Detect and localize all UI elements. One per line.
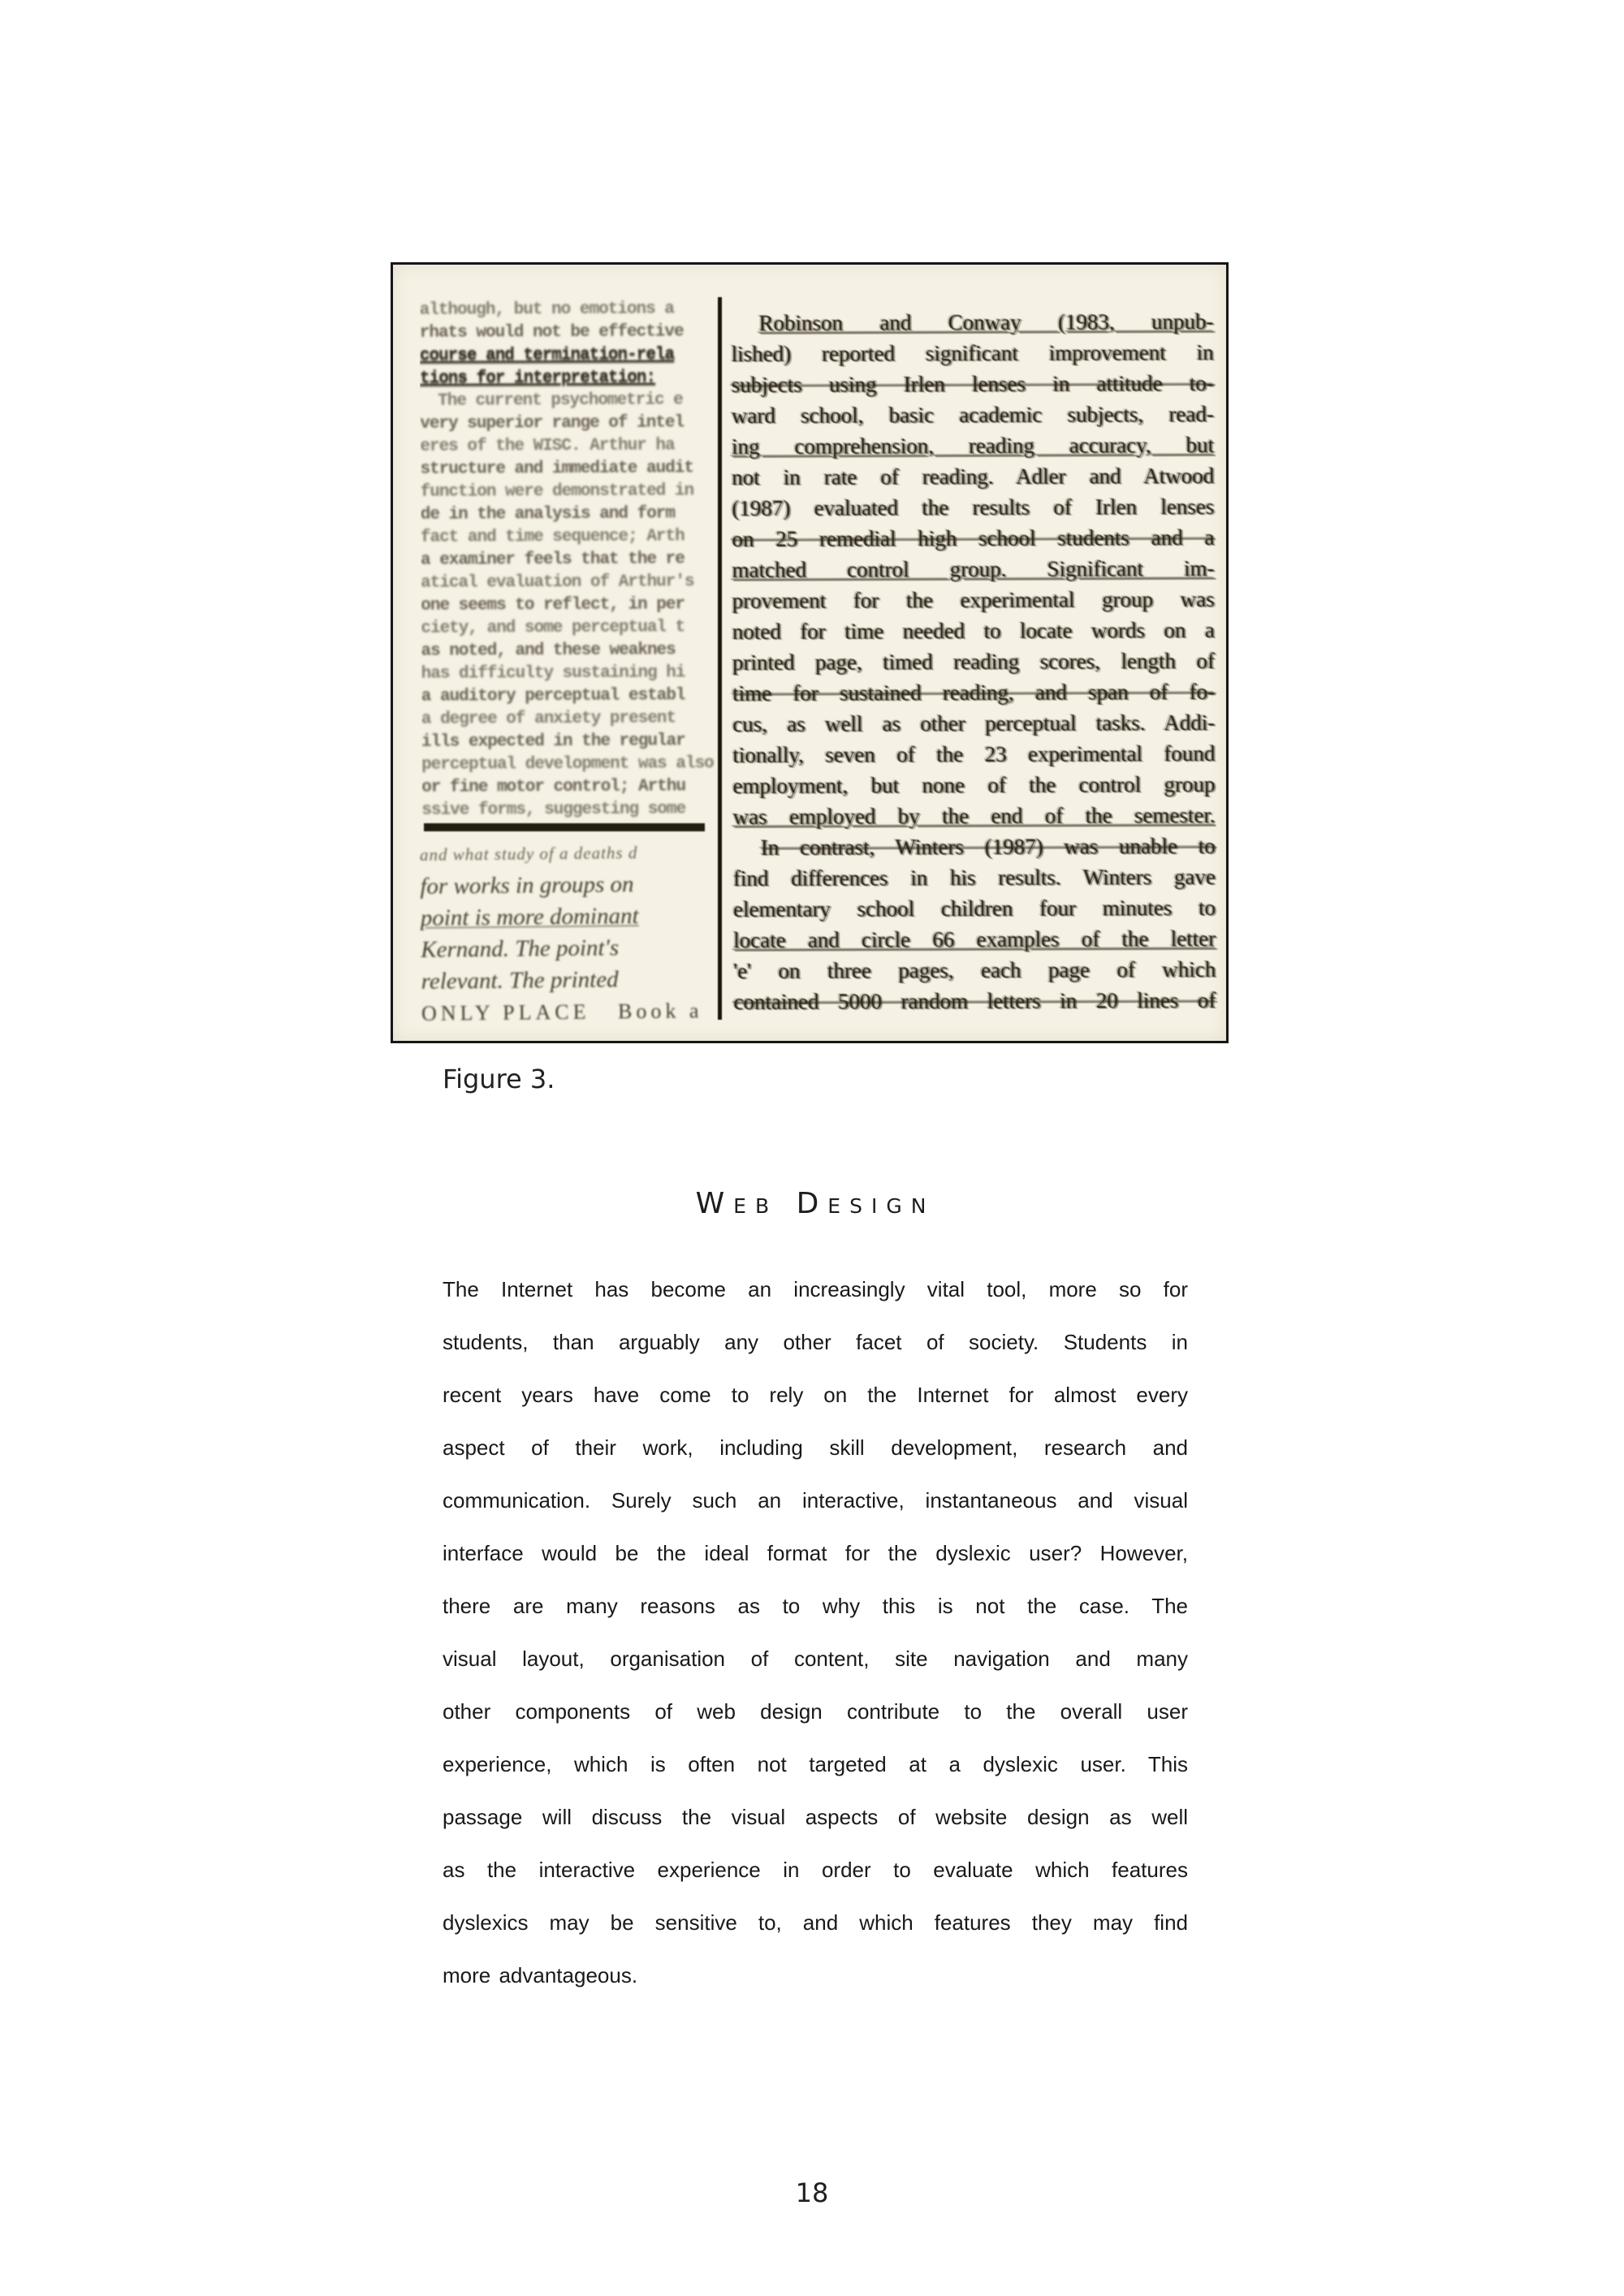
figure-scan-image: although, but no emotions arhats would n… [391, 262, 1229, 1043]
scan-line: was employed by the end of the semester. [733, 800, 1216, 832]
scan-line: tionally, seven of the 23 experimental f… [732, 738, 1215, 770]
paragraph-line: recent years have come to rely on the In… [443, 1369, 1188, 1422]
scan-line: cus, as well as other perceptual tasks. … [732, 707, 1215, 740]
scan-line: function were demonstrated in [421, 480, 716, 504]
scan-line: atical evaluation of Arthur's [421, 571, 716, 595]
scan-line: ssive forms, suggesting some [421, 798, 717, 822]
scan-column-divider [718, 297, 722, 1020]
scan-line: fact and time sequence; Arth [421, 525, 716, 550]
scan-line: tions for interpretation: [420, 366, 715, 391]
paragraph-line: more advantageous. [443, 1949, 1188, 2002]
scan-line: a auditory perceptual establ [421, 684, 717, 709]
scan-line: ward school, basic academic subjects, re… [732, 399, 1214, 431]
scan-line: 'e' on three pages, each page of which [733, 954, 1216, 986]
scan-line: eres of the WISC. Arthur ha [420, 434, 715, 459]
paragraph-line: passage will discuss the visual aspects … [443, 1791, 1188, 1844]
paragraph-line: students, than arguably any other facet … [443, 1316, 1188, 1369]
scan-line: ciety, and some perceptual t [421, 616, 716, 641]
scan-line: In contrast, Winters (1987) was unable t… [733, 831, 1216, 863]
scan-line: de in the analysis and form [421, 503, 716, 527]
section-heading: Web Design [443, 1187, 1188, 1220]
scan-line: provement for the experimental group was [732, 584, 1215, 616]
scan-right-column: Robinson and Conway (1983, unpub-lished)… [731, 306, 1216, 1017]
scan-line: on 25 remedial high school students and … [732, 522, 1214, 555]
scan-line: find differences in his results. Winters… [733, 861, 1216, 894]
paragraph-line: visual layout, organisation of content, … [443, 1633, 1188, 1685]
scan-line: point is more dominant [421, 900, 718, 934]
scan-line: Kernand. The point's [421, 931, 718, 966]
paragraph-line: experience, which is often not targeted … [443, 1738, 1188, 1791]
scan-line: structure and immediate audit [420, 457, 715, 481]
scan-line: matched control group. Significant im- [732, 553, 1215, 585]
scan-line: noted for time needed to locate words on… [732, 615, 1215, 647]
paragraph-line: aspect of their work, including skill de… [443, 1422, 1188, 1474]
scan-heavy-rule [424, 823, 705, 831]
scan-line: has difficulty sustaining hi [421, 662, 717, 686]
scan-line: perceptual development was also [421, 753, 717, 777]
paragraph-line: The Internet has become an increasingly … [443, 1263, 1188, 1316]
scan-left-column: although, but no emotions arhats would n… [420, 298, 718, 826]
paragraph-line: other components of web design contribut… [443, 1685, 1188, 1738]
scan-line: ing comprehension, reading accuracy, but [732, 429, 1214, 462]
scan-line: a examiner feels that the re [421, 548, 716, 572]
scan-line: locate and circle 66 examples of the let… [733, 923, 1216, 956]
page-number: 18 [0, 2177, 1624, 2208]
scan-line: ONLY PLACE Book a [421, 995, 719, 1029]
scan-line: although, but no emotions a [420, 298, 715, 322]
scan-line: and what study of a deaths d [420, 836, 717, 871]
paragraph-line: as the interactive experience in order t… [443, 1844, 1188, 1897]
scan-line: not in rate of reading. Adler and Atwood [732, 460, 1214, 493]
scan-line: for works in groups on [420, 868, 717, 903]
scan-line: lished) reported significant improvement… [732, 337, 1214, 369]
scan-line: time for sustained reading, and span of … [732, 676, 1215, 709]
scan-line: contained 5000 random letters in 20 line… [733, 985, 1216, 1017]
scan-line: as noted, and these weaknes [421, 639, 716, 663]
scan-line: Robinson and Conway (1983, unpub- [731, 306, 1213, 339]
figure-caption: Figure 3. [443, 1064, 555, 1094]
paragraph-line: interface would be the ideal format for … [443, 1527, 1188, 1580]
scan-line: relevant. The printed [421, 963, 718, 998]
scan-line: elementary school children four minutes … [733, 892, 1216, 925]
scan-line: printed page, timed reading scores, leng… [732, 645, 1215, 678]
paragraph-line: communication. Surely such an interactiv… [443, 1474, 1188, 1527]
scan-line: a degree of anxiety present [421, 707, 717, 732]
scan-line: employment, but none of the control grou… [732, 769, 1215, 801]
scan-line: (1987) evaluated the results of Irlen le… [732, 491, 1214, 524]
scan-line: ills expected in the regular [421, 730, 717, 754]
scan-left-footer: and what study of a deaths dfor works in… [420, 836, 719, 1029]
scan-line: The current psychometric e [420, 389, 715, 413]
scan-line: very superior range of intel [420, 412, 715, 436]
scan-line: course and termination-rela [420, 343, 715, 368]
scan-line: one seems to reflect, in per [421, 593, 716, 618]
scan-line: rhats would not be effective [420, 321, 715, 345]
scan-line: subjects using Irlen lenses in attitude … [732, 368, 1214, 400]
scan-line: or fine motor control; Arthu [421, 775, 717, 800]
body-paragraph: The Internet has become an increasingly … [443, 1263, 1188, 2002]
paragraph-line: dyslexics may be sensitive to, and which… [443, 1897, 1188, 1949]
paragraph-line: there are many reasons as to why this is… [443, 1580, 1188, 1633]
